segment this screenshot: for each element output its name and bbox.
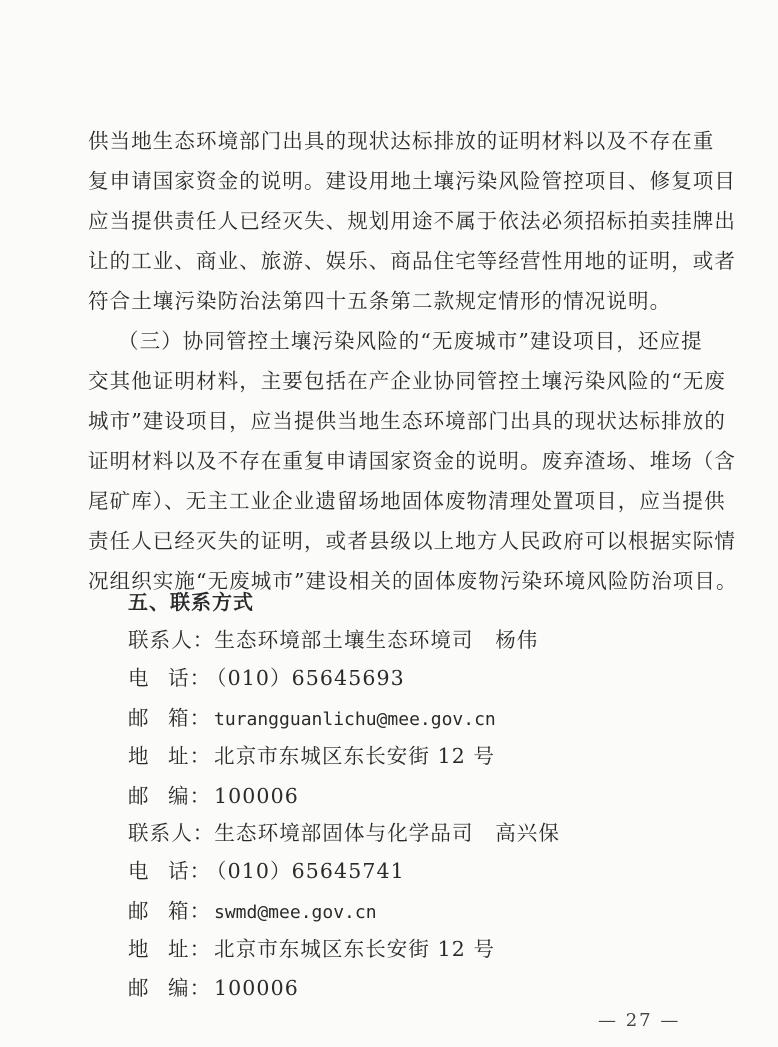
phone-label-1: 电 bbox=[128, 663, 168, 693]
contact-phone: 电话：（010）65645741 bbox=[128, 856, 405, 886]
postcode-label-1: 邮 bbox=[128, 973, 168, 1003]
address-label-1: 地 bbox=[128, 741, 168, 771]
email-label-2: 箱： bbox=[168, 899, 211, 923]
postcode-label-1: 邮 bbox=[128, 781, 168, 811]
text-line: 供当地生态环境部门出具的现状达标排放的证明材料以及不存在重 bbox=[88, 126, 714, 156]
text-line: 证明材料以及不存在重复申请国家资金的说明。废弃渣场、堆场（含 bbox=[88, 446, 736, 476]
document-page: 供当地生态环境部门出具的现状达标排放的证明材料以及不存在重 复申请国家资金的说明… bbox=[0, 0, 778, 1047]
contact-person: 联系人：生态环境部土壤生态环境司 杨伟 bbox=[128, 625, 538, 655]
address-label-1: 地 bbox=[128, 934, 168, 964]
text-line: 交其他证明材料，主要包括在产企业协同管控土壤污染风险的“无废 bbox=[88, 366, 726, 396]
text-line: 尾矿库）、无主工业企业遗留场地固体废物清理处置项目，应当提供 bbox=[88, 486, 726, 516]
postcode-label-2: 编： bbox=[168, 784, 211, 808]
phone-label-1: 电 bbox=[128, 856, 168, 886]
contact-person: 联系人：生态环境部固体与化学品司 高兴保 bbox=[128, 818, 560, 848]
contact-address: 地址：北京市东城区东长安街 12 号 bbox=[128, 741, 495, 771]
contact-address: 地址：北京市东城区东长安街 12 号 bbox=[128, 934, 495, 964]
postcode-value: 100006 bbox=[214, 976, 299, 1000]
contact-phone: 电话：（010）65645693 bbox=[128, 663, 405, 693]
email-value: turangguanlichu@mee.gov.cn bbox=[214, 709, 496, 730]
contact-postcode: 邮编：100006 bbox=[128, 781, 299, 811]
postcode-value: 100006 bbox=[214, 784, 299, 808]
phone-label-2: 话： bbox=[168, 859, 211, 883]
postcode-label-2: 编： bbox=[168, 976, 211, 1000]
address-value: 北京市东城区东长安街 12 号 bbox=[214, 744, 495, 768]
email-label-1: 邮 bbox=[128, 703, 168, 733]
contact-person-value: 生态环境部固体与化学品司 高兴保 bbox=[214, 821, 560, 845]
text-line: 复申请国家资金的说明。建设用地土壤污染风险管控项目、修复项目 bbox=[88, 166, 736, 196]
section-heading: 五、联系方式 bbox=[128, 587, 254, 617]
text-line: 让的工业、商业、旅游、娱乐、商品住宅等经营性用地的证明，或者 bbox=[88, 246, 736, 276]
contact-postcode: 邮编：100006 bbox=[128, 973, 299, 1003]
text-line: （三）协同管控土壤污染风险的“无废城市”建设项目，还应提 bbox=[118, 326, 703, 356]
text-line: 城市”建设项目，应当提供当地生态环境部门出具的现状达标排放的 bbox=[88, 406, 726, 436]
address-label-2: 址： bbox=[168, 937, 211, 961]
phone-value: （010）65645741 bbox=[206, 859, 405, 883]
text-line: 符合土壤污染防治法第四十五条第二款规定情形的情况说明。 bbox=[88, 286, 671, 316]
text-line: 责任人已经灭失的证明，或者县级以上地方人民政府可以根据实际情 bbox=[88, 526, 736, 556]
email-label-1: 邮 bbox=[128, 896, 168, 926]
contact-email: 邮箱：turangguanlichu@mee.gov.cn bbox=[128, 703, 496, 735]
page-number: — 27 — bbox=[598, 1010, 680, 1031]
email-value: swmd@mee.gov.cn bbox=[214, 902, 377, 923]
address-label-2: 址： bbox=[168, 744, 211, 768]
email-label-2: 箱： bbox=[168, 706, 211, 730]
text-line: 应当提供责任人已经灭失、规划用途不属于依法必须招标拍卖挂牌出 bbox=[88, 206, 736, 236]
phone-value: （010）65645693 bbox=[206, 666, 405, 690]
contact-email: 邮箱：swmd@mee.gov.cn bbox=[128, 896, 377, 928]
contact-person-label: 联系人： bbox=[128, 821, 214, 845]
contact-person-value: 生态环境部土壤生态环境司 杨伟 bbox=[214, 628, 538, 652]
phone-label-2: 话： bbox=[168, 666, 211, 690]
address-value: 北京市东城区东长安街 12 号 bbox=[214, 937, 495, 961]
contact-person-label: 联系人： bbox=[128, 628, 214, 652]
